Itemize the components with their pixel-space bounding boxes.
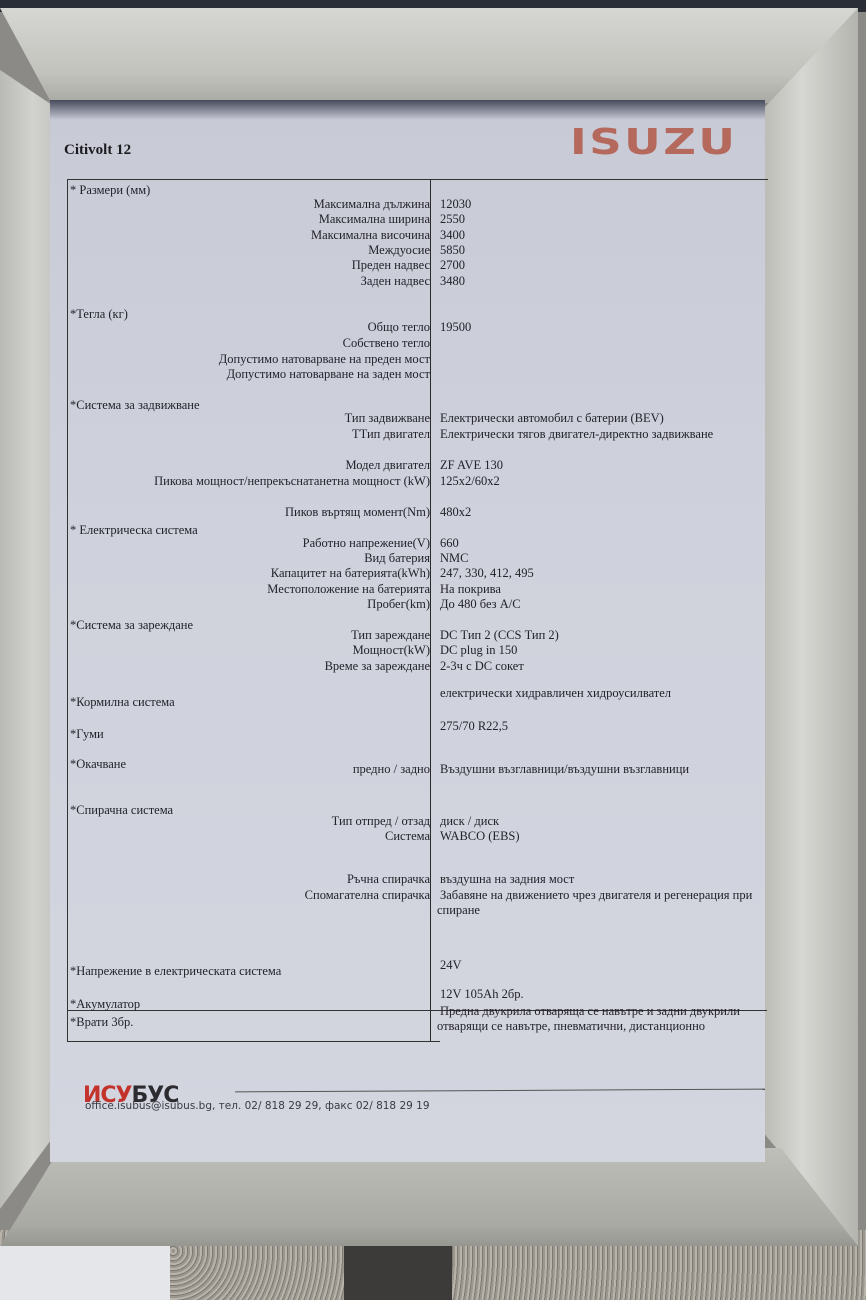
spec-value: Предна двукрила отваряща се навътре и за… xyxy=(440,1004,740,1018)
document-title: Citivolt 12 xyxy=(64,142,131,159)
section-heading: *Спирачна система xyxy=(70,803,173,817)
spec-label: Пиков въртящ момент(Nm) xyxy=(285,505,430,519)
spec-label: Общо тегло xyxy=(368,320,430,334)
section-heading: *Врати 3бр. xyxy=(70,1015,133,1029)
section-heading: *Напрежение в електрическата система xyxy=(70,964,281,978)
spec-value: 12030 xyxy=(440,197,471,211)
spec-value-continuation: спиране xyxy=(437,903,480,917)
frame-bottom xyxy=(0,1148,858,1246)
spec-label: Допустимо натоварване на заден мост xyxy=(227,367,430,381)
spec-value: 12V 105Ah 2бр. xyxy=(440,987,524,1001)
spec-value: 3400 xyxy=(440,228,465,242)
frame-right xyxy=(765,8,858,1246)
spec-value: 480x2 xyxy=(440,505,471,519)
stand-post xyxy=(344,1245,452,1300)
spec-value: 5850 xyxy=(440,243,465,257)
spec-label: Ръчна спирачка xyxy=(347,872,430,886)
spec-value: Електрически тягов двигател-директно зад… xyxy=(440,427,713,441)
ground-white-object xyxy=(0,1245,170,1300)
spec-label: Тип отпред / отзад xyxy=(332,814,430,828)
section-heading: *Система за задвижване xyxy=(70,398,200,412)
spec-label: Система xyxy=(385,829,430,843)
spec-label: Спомагателна спирачка xyxy=(305,888,430,902)
spec-label: Тип задвижване xyxy=(345,411,430,425)
spec-label: Тип зареждане xyxy=(351,628,430,642)
spec-value: Въздушни възглавници/въздушни възглавниц… xyxy=(440,762,689,776)
spec-label: Мощност(kW) xyxy=(353,643,430,657)
spec-value: NMC xyxy=(440,551,468,565)
section-heading: *Тегла (кг) xyxy=(70,307,128,321)
spec-value: ZF AVE 130 xyxy=(440,458,503,472)
spec-label: Междуосие xyxy=(368,243,430,257)
spec-value: 125x2/60x2 xyxy=(440,474,500,488)
table-column-divider xyxy=(430,179,431,1041)
table-bottom-border xyxy=(67,1041,440,1042)
spec-value: електрически хидравличен хидроусилвател xyxy=(440,686,671,700)
spec-label: Модел двигател xyxy=(345,458,430,472)
spec-label: Максимална дължина xyxy=(314,197,430,211)
spec-label: Максимална ширина xyxy=(319,212,430,226)
spec-value: 2-3ч с DC сокет xyxy=(440,659,524,673)
spec-value: 19500 xyxy=(440,320,471,334)
footer-contact: office.isubus@isubus.bg, тел. 02/ 818 29… xyxy=(85,1100,430,1112)
spec-label: Заден надвес xyxy=(361,274,430,288)
spec-value: 2700 xyxy=(440,258,465,272)
spec-label: Вид батерия xyxy=(364,551,430,565)
spec-value: 2550 xyxy=(440,212,465,226)
spec-value: До 480 без A/C xyxy=(440,597,521,611)
frame-top xyxy=(0,8,858,103)
spec-label: предно / задно xyxy=(353,762,430,776)
spec-value: Електрически автомобил с батерии (BEV) xyxy=(440,411,664,425)
section-heading: *Гуми xyxy=(70,727,104,741)
spec-value: 3480 xyxy=(440,274,465,288)
spec-value: 24V xyxy=(440,958,462,972)
section-heading: *Система за зареждане xyxy=(70,618,193,632)
spec-value: DC Тип 2 (CCS Тип 2) xyxy=(440,628,559,642)
spec-label: Местоположение на батерията xyxy=(267,582,430,596)
spec-value: DC plug in 150 xyxy=(440,643,517,657)
spec-label: ТТип двигател xyxy=(352,427,430,441)
paper-shadow xyxy=(50,100,765,120)
spec-label: Преден надвес xyxy=(352,258,430,272)
spec-value: диск / диск xyxy=(440,814,499,828)
spec-label: Собствено тегло xyxy=(343,336,430,350)
section-heading: *Кормилна система xyxy=(70,695,175,709)
spec-label: Пробег(km) xyxy=(367,597,430,611)
section-heading: *Окачване xyxy=(70,757,126,771)
spec-value: въздушна на задния мост xyxy=(440,872,574,886)
section-heading: *Акумулатор xyxy=(70,997,140,1011)
spec-label: Време за зареждане xyxy=(325,659,430,673)
isuzu-logo: ISUZU xyxy=(570,122,737,163)
spec-value: 660 xyxy=(440,536,459,550)
spec-label: Максимална височина xyxy=(311,228,430,242)
spec-label: Работно напрежение(V) xyxy=(303,536,430,550)
spec-label: Допустимо натоварване на преден мост xyxy=(219,352,430,366)
spec-label: Капацитет на батерията(kWh) xyxy=(271,566,430,580)
spec-value-continuation: отварящи се навътре, пневматични, дистан… xyxy=(437,1019,705,1033)
section-heading: * Размери (мм) xyxy=(70,183,150,197)
section-heading: * Електрическа система xyxy=(70,523,198,537)
frame-left xyxy=(0,8,55,1246)
spec-value: 247, 330, 412, 495 xyxy=(440,566,534,580)
spec-value: WABCO (EBS) xyxy=(440,829,520,843)
spec-value: 275/70 R22,5 xyxy=(440,719,508,733)
spec-label: Пикова мощност/непрекъснатанетна мощност… xyxy=(154,474,430,488)
spec-value: Забавяне на движението чрез двигателя и … xyxy=(440,888,752,902)
spec-value: На покрива xyxy=(440,582,501,596)
